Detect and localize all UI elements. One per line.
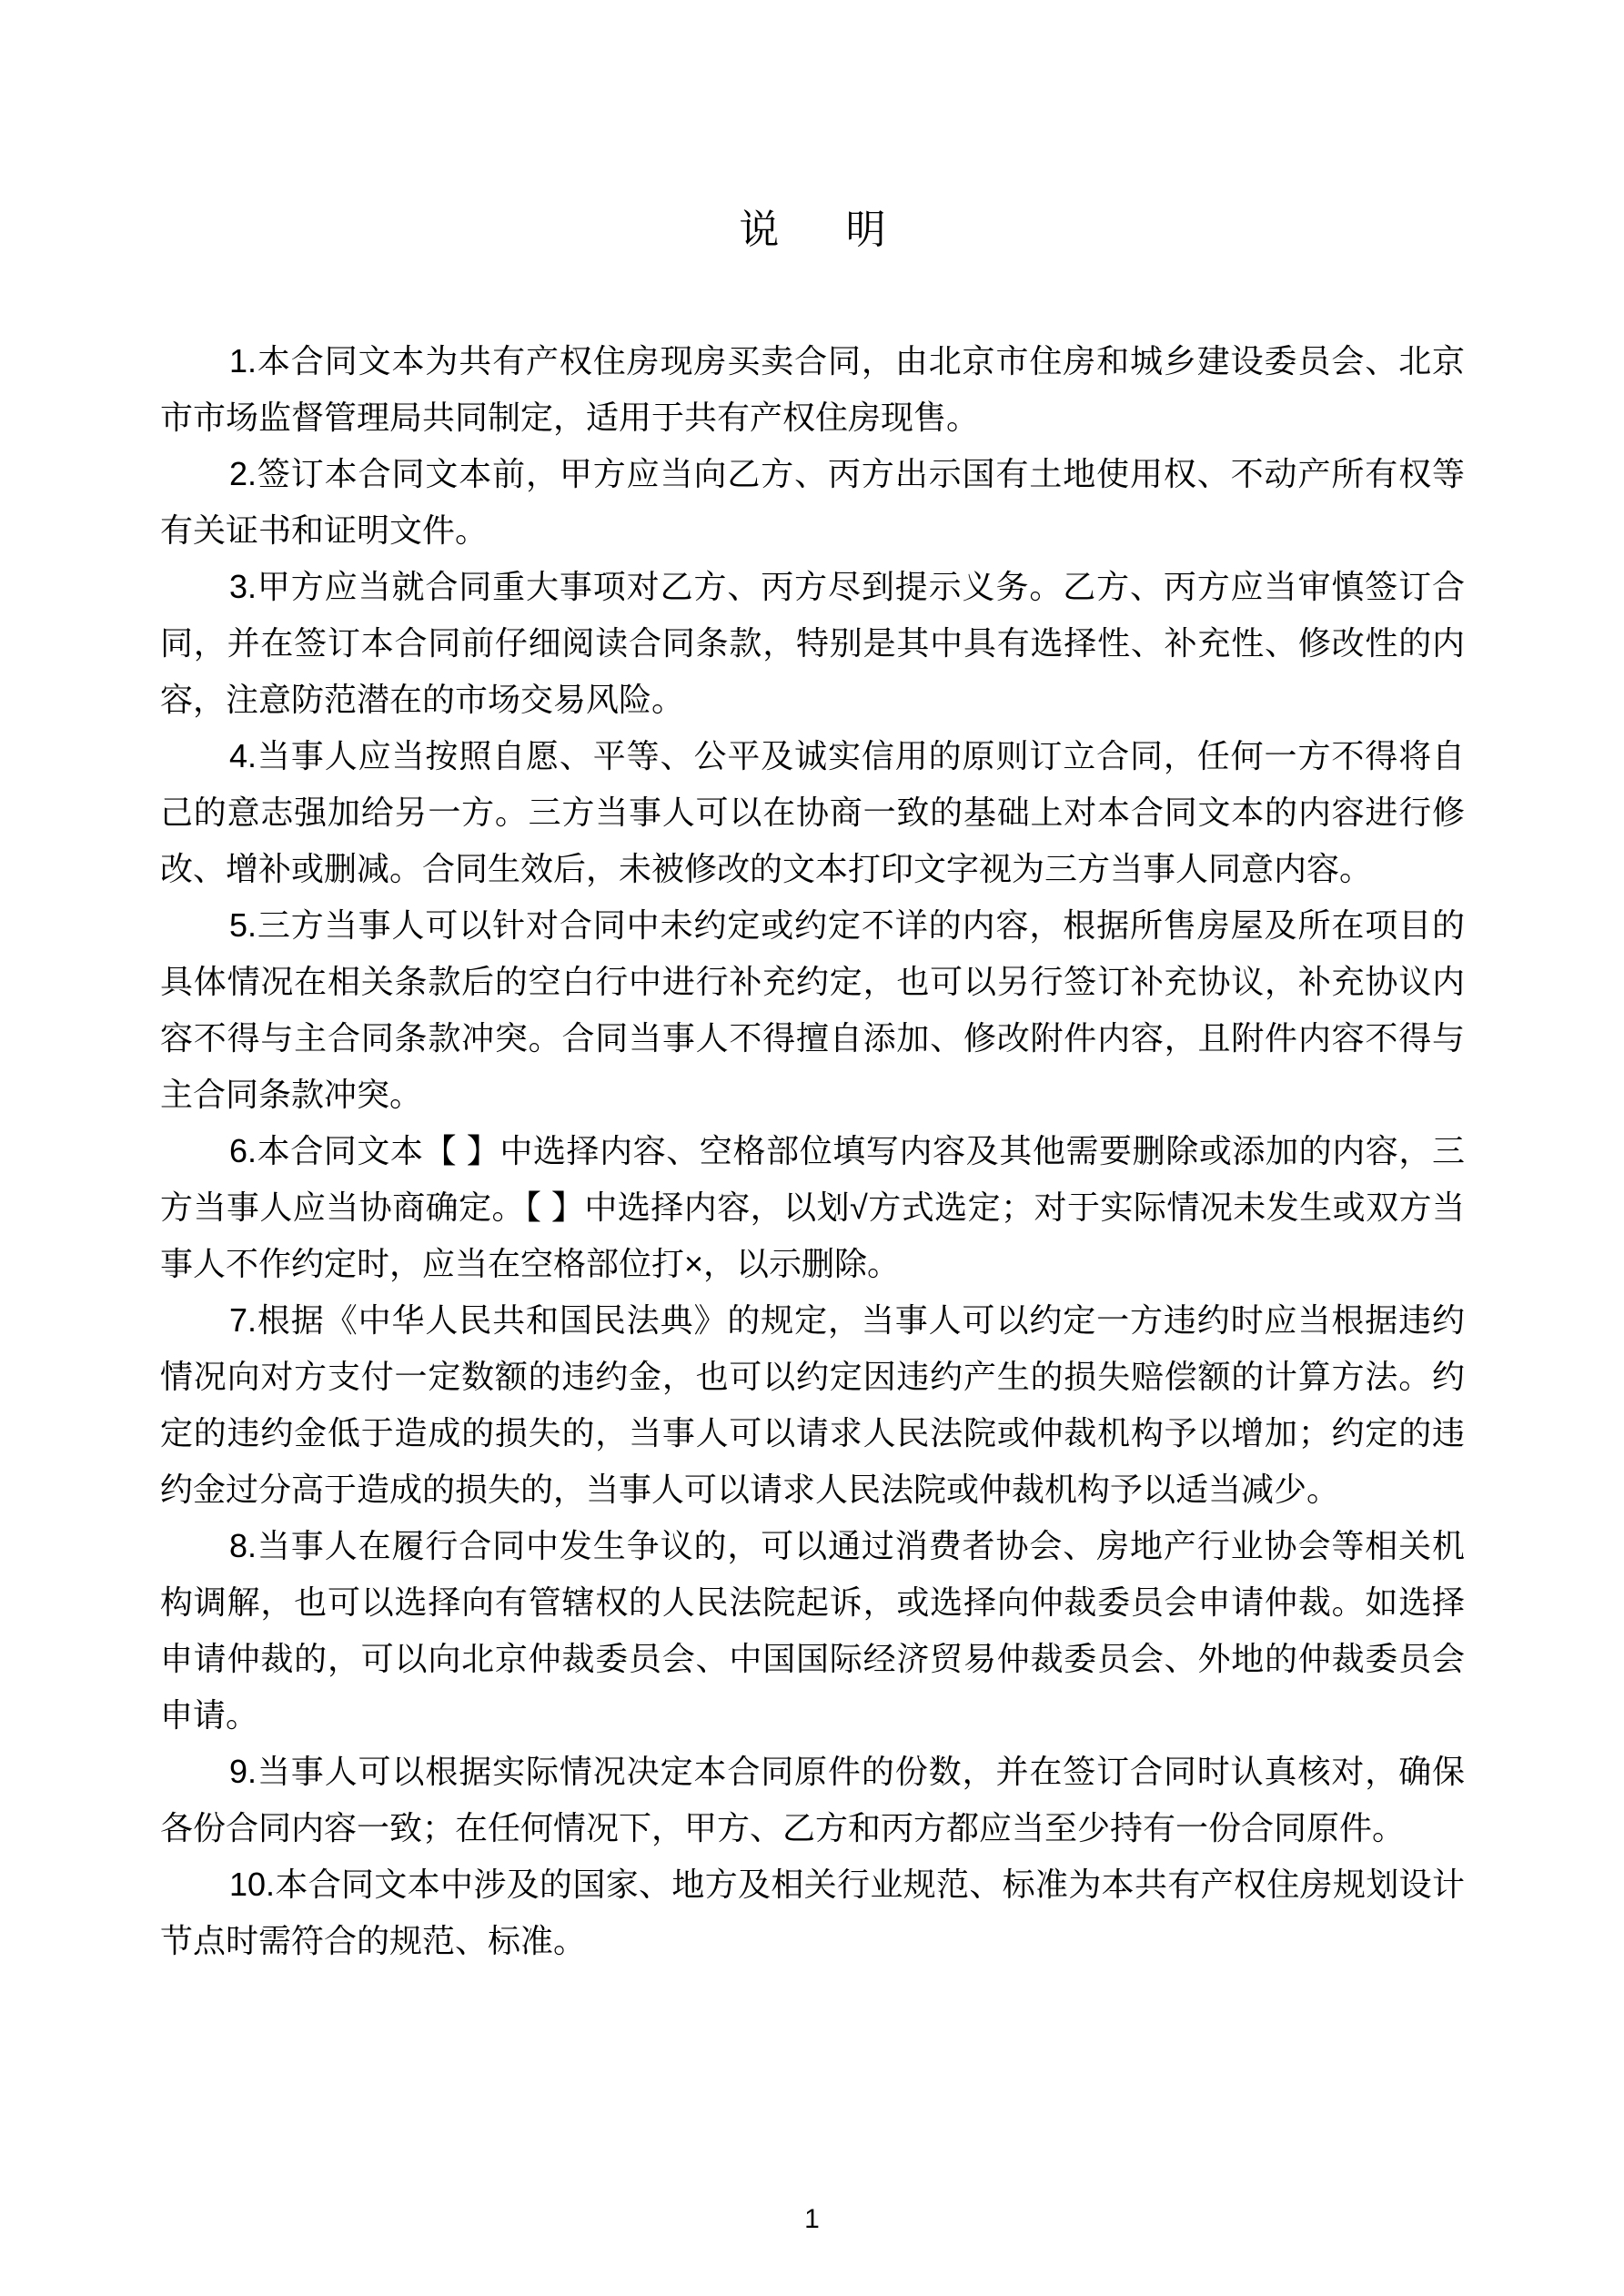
document-content: 说 明 1.本合同文本为共有产权住房现房买卖合同，由北京市住房和城乡建设委员会、… xyxy=(160,0,1465,1969)
page-title: 说 明 xyxy=(160,0,1465,258)
paragraph-2: 2.签订本合同文本前，甲方应当向乙方、丙方出示国有土地使用权、不动产所有权等有关… xyxy=(160,446,1465,559)
paragraph-9: 9.当事人可以根据实际情况决定本合同原件的份数，并在签订合同时认真核对，确保各份… xyxy=(160,1744,1465,1856)
paragraph-7: 7.根据《中华人民共和国民法典》的规定，当事人可以约定一方违约时应当根据违约情况… xyxy=(160,1292,1465,1518)
page-number: 1 xyxy=(0,2203,1624,2236)
paragraph-4: 4.当事人应当按照自愿、平等、公平及诚实信用的原则订立合同，任何一方不得将自己的… xyxy=(160,728,1465,897)
body-text: 1.本合同文本为共有产权住房现房买卖合同，由北京市住房和城乡建设委员会、北京市市… xyxy=(160,333,1465,1969)
paragraph-5: 5.三方当事人可以针对合同中未约定或约定不详的内容，根据所售房屋及所在项目的具体… xyxy=(160,897,1465,1123)
document-page: 说 明 1.本合同文本为共有产权住房现房买卖合同，由北京市住房和城乡建设委员会、… xyxy=(0,0,1624,2296)
paragraph-6: 6.本合同文本【 】中选择内容、空格部位填写内容及其他需要删除或添加的内容，三方… xyxy=(160,1123,1465,1292)
paragraph-1: 1.本合同文本为共有产权住房现房买卖合同，由北京市住房和城乡建设委员会、北京市市… xyxy=(160,333,1465,446)
paragraph-10: 10.本合同文本中涉及的国家、地方及相关行业规范、标准为本共有产权住房规划设计节… xyxy=(160,1856,1465,1969)
paragraph-8: 8.当事人在履行合同中发生争议的，可以通过消费者协会、房地产行业协会等相关机构调… xyxy=(160,1518,1465,1744)
paragraph-3: 3.甲方应当就合同重大事项对乙方、丙方尽到提示义务。乙方、丙方应当审慎签订合同，… xyxy=(160,559,1465,728)
